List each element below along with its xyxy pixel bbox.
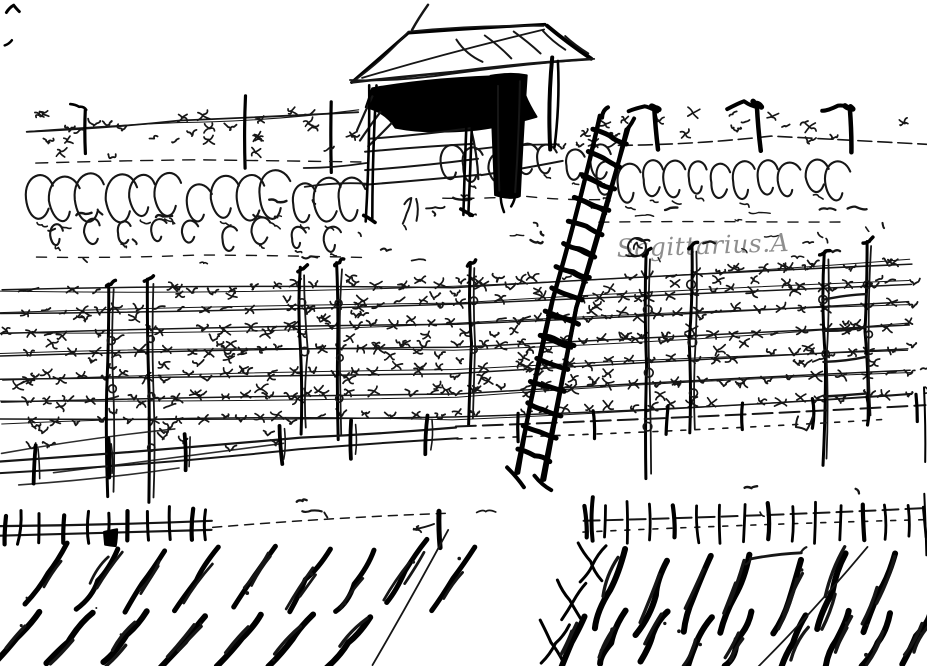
low-fence xyxy=(0,394,926,485)
signature-layer: Sagittarius.A xyxy=(616,228,789,263)
road-dashes xyxy=(297,486,859,517)
watchtower xyxy=(350,5,594,224)
sketch-page: Sagittarius.A xyxy=(0,0,927,666)
left-field xyxy=(0,507,475,666)
right-field xyxy=(540,497,927,666)
sketch-drawing: Sagittarius.A xyxy=(0,0,927,666)
upper-right-fence xyxy=(618,107,926,145)
corner-marks xyxy=(5,5,20,45)
signature-text: Sagittarius.A xyxy=(616,228,789,263)
